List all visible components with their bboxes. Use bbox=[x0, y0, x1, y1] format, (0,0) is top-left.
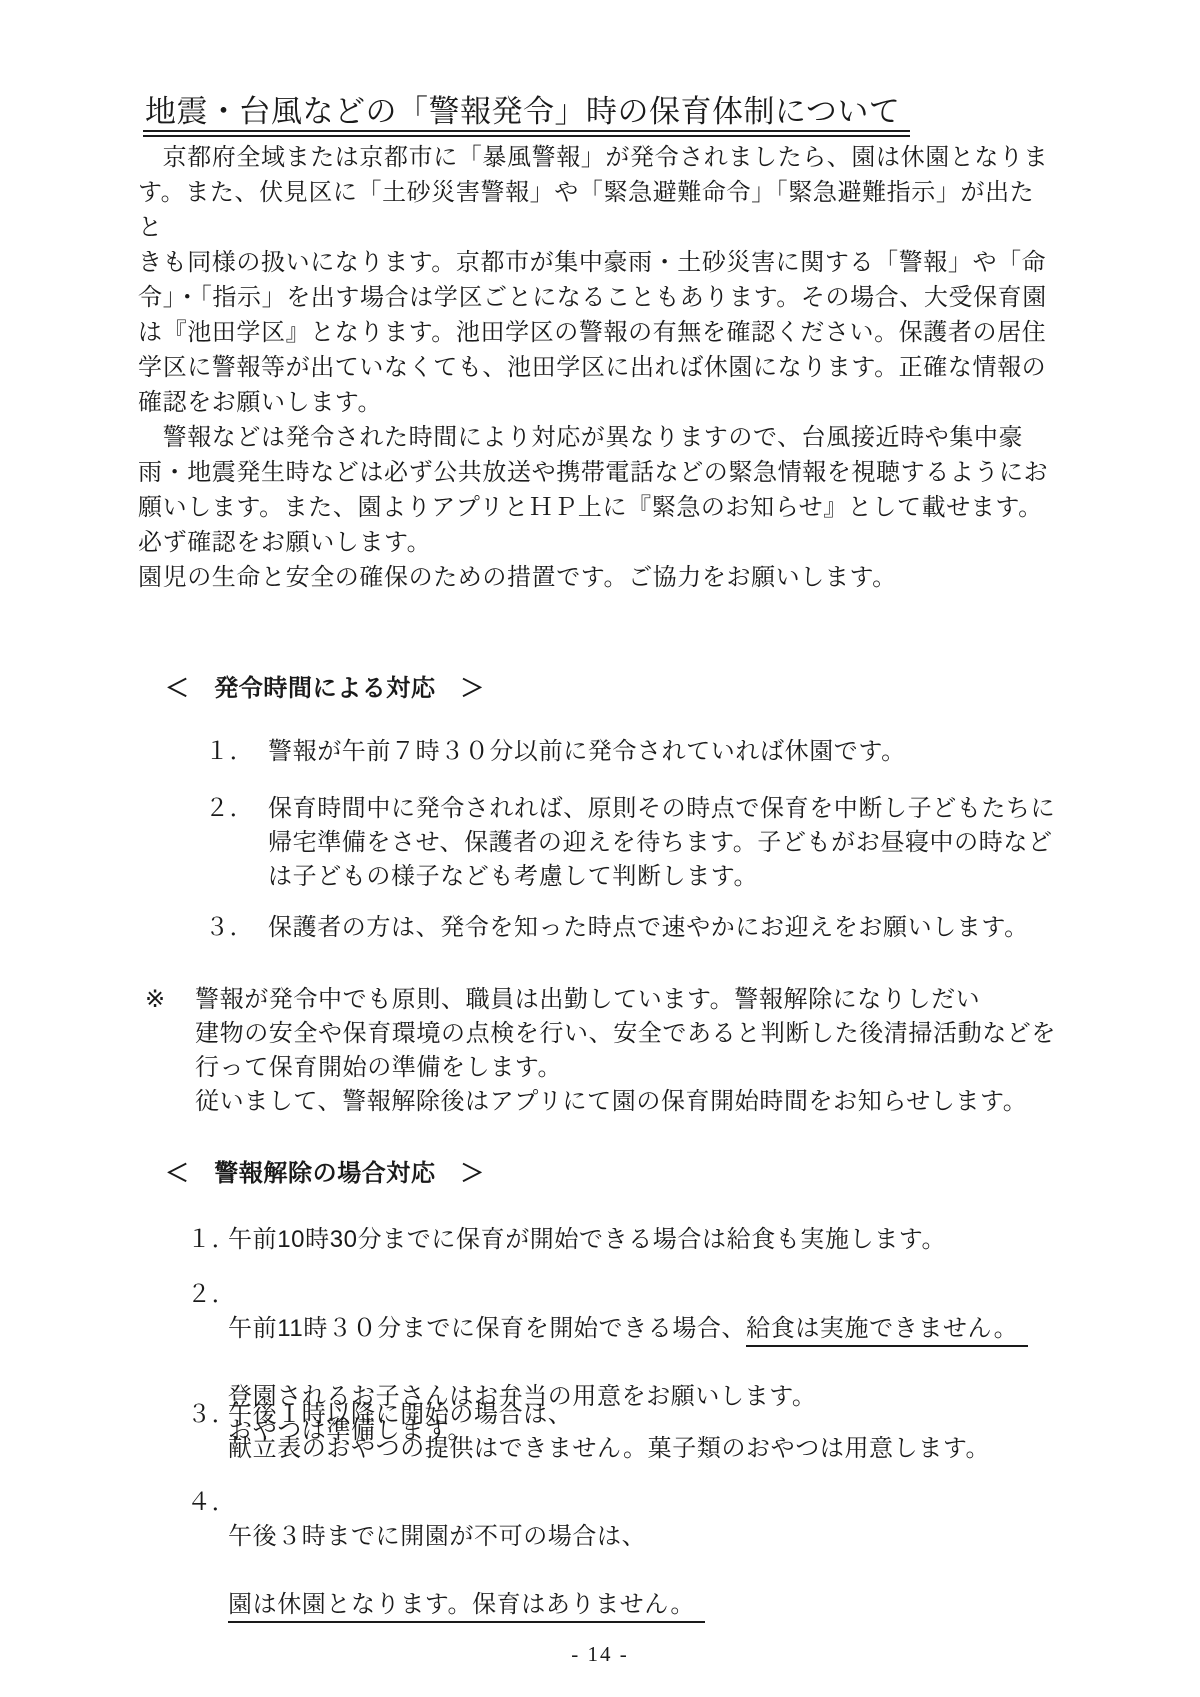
document-page: 地震・台風などの「警報発令」時の保育体制について 京都府全域または京都市に「暴風… bbox=[0, 0, 1200, 1697]
list-item-text: 保護者の方は、発令を知った時点で速やかにお迎えをお願いします。 bbox=[268, 911, 1029, 945]
page-title: 地震・台風などの「警報発令」時の保育体制について bbox=[145, 86, 900, 131]
section-heading-warning-cleared: ＜ 警報解除の場合対応 ＞ bbox=[165, 1153, 485, 1188]
page-number: - 14 - bbox=[0, 1642, 1200, 1667]
section-heading-announce-time: ＜ 発令時間による対応 ＞ bbox=[165, 668, 485, 703]
title-double-underline bbox=[143, 130, 910, 137]
intro-paragraph-3: 園児の生命と安全の確保のための措置です。ご協力をお願いします。 bbox=[138, 560, 1058, 595]
list-item-text: 午前10時30分までに保育が開始できる場合は給食も実施します。 bbox=[228, 1223, 946, 1257]
list-item: ３． 保護者の方は、発令を知った時点で速やかにお迎えをお願いします。 bbox=[205, 911, 1029, 945]
underlined-text: 給食は実施できません。 bbox=[746, 1315, 1028, 1347]
list-item-line: 午後３時までに開園が不可の場合は、 bbox=[228, 1520, 705, 1554]
list-item-text: 午後３時までに開園が不可の場合は、 園は休園となります。保育はありません。 bbox=[228, 1486, 705, 1656]
list-item-number: ３． bbox=[205, 911, 268, 945]
list-item: １． 警報が午前７時３０分以前に発令されていれば休園です。 bbox=[205, 735, 906, 769]
underlined-text: 園は休園となります。保育はありません。 bbox=[228, 1591, 705, 1623]
list-item: ３． 午後１時以降に開始の場合は、 献立表のおやつの提供はできません。菓子類のお… bbox=[187, 1398, 990, 1466]
list-item-number: ２． bbox=[205, 792, 268, 894]
note-text: 警報が発令中でも原則、職員は出勤しています。警報解除になりしだい 建物の安全や保… bbox=[195, 983, 1056, 1119]
list-item-number: １． bbox=[205, 735, 268, 769]
list-item-line: 午前11時３０分までに保育を開始できる場合、給食は実施できません。 bbox=[228, 1312, 1028, 1346]
list-item-text: 午後１時以降に開始の場合は、 献立表のおやつの提供はできません。菓子類のおやつは… bbox=[228, 1398, 990, 1466]
intro-text-block: 京都府全域または京都市に「暴風警報」が発令されましたら、園は休園となりま す。ま… bbox=[138, 140, 1058, 595]
list-item: ４． 午後３時までに開園が不可の場合は、 園は休園となります。保育はありません。 bbox=[187, 1486, 705, 1656]
intro-paragraph-2: 警報などは発令された時間により対応が異なりますので、台風接近時や集中豪 雨・地震… bbox=[138, 420, 1058, 560]
list-item: ２． 保育時間中に発令されれば、原則その時点で保育を中断し子どもたちに 帰宅準備… bbox=[205, 792, 1055, 894]
list-item-line: 園は休園となります。保育はありません。 bbox=[228, 1588, 705, 1622]
plain-text: 午前11時３０分までに保育を開始できる場合、 bbox=[228, 1315, 746, 1342]
staff-note: ※ 警報が発令中でも原則、職員は出勤しています。警報解除になりしだい 建物の安全… bbox=[145, 983, 1056, 1119]
intro-paragraph-1: 京都府全域または京都市に「暴風警報」が発令されましたら、園は休園となりま す。ま… bbox=[138, 140, 1058, 420]
list-item-number: ４． bbox=[187, 1486, 228, 1656]
list-item-number: ３． bbox=[187, 1398, 228, 1466]
list-item: １． 午前10時30分までに保育が開始できる場合は給食も実施します。 bbox=[187, 1223, 946, 1257]
reference-mark: ※ bbox=[145, 983, 195, 1119]
list-item-text: 警報が午前７時３０分以前に発令されていれば休園です。 bbox=[268, 735, 906, 769]
list-item-text: 保育時間中に発令されれば、原則その時点で保育を中断し子どもたちに 帰宅準備をさせ… bbox=[268, 792, 1055, 894]
list-item-number: １． bbox=[187, 1223, 228, 1257]
